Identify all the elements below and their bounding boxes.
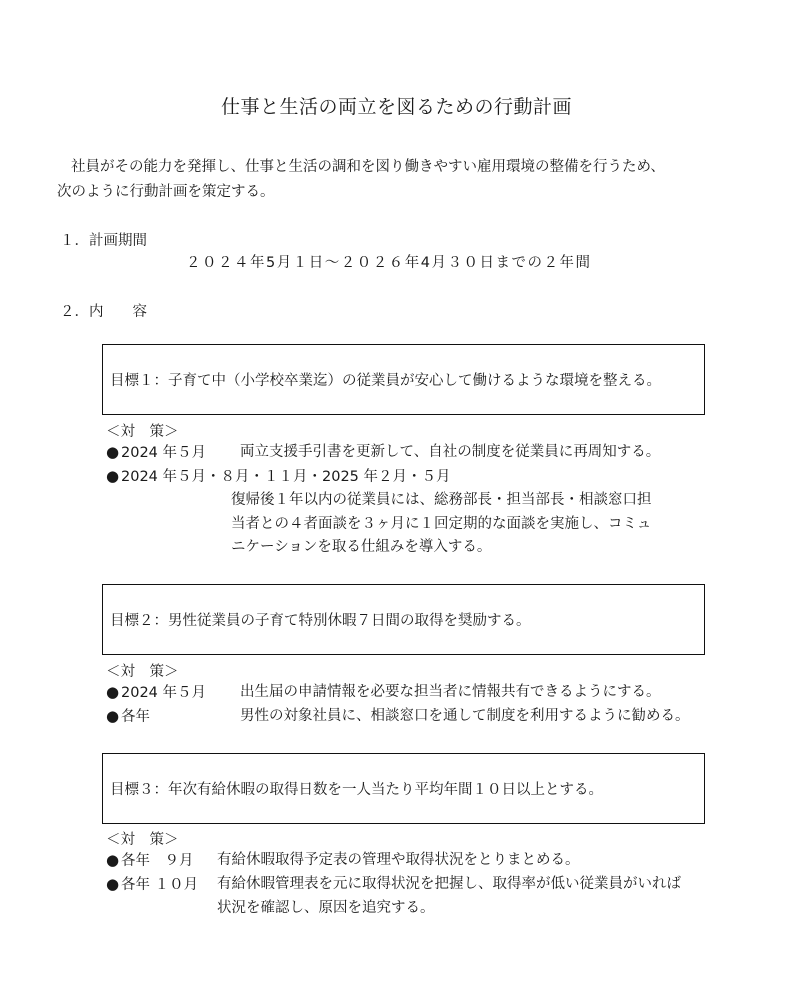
measure-what: 両立支援手引書を更新して、自社の制度を従業員に再周知する。 — [240, 441, 660, 464]
goal-2-box: 目標２：男性従業員の子育て特別休暇７日間の取得を奨励する。 — [102, 584, 705, 655]
goal-3-measure-2-detail: 状況を確認し、原因を追究する。 — [217, 897, 435, 921]
measure-when: 各年 ９月 — [121, 850, 194, 873]
section-1-heading: １．計画期間 — [60, 229, 147, 250]
intro-line-2: 次のように行動計画を策定する。 — [57, 180, 665, 205]
detail-line: 当者との４者面談を３ヶ月に１回定期的な面談を実施し、コミュ — [231, 513, 652, 537]
measure-when: 2024 年５月 — [121, 442, 206, 465]
bullet-icon: ● — [106, 681, 121, 704]
bullet-icon: ● — [106, 705, 121, 728]
goal-1-measures-label: ＜対 策＞ — [106, 420, 179, 441]
detail-line: 復帰後１年以内の従業員には、総務部長・担当部長・相談窓口担 — [231, 489, 652, 513]
measure-when: 2024 年５月 — [121, 682, 206, 705]
goal-2-measures-label: ＜対 策＞ — [106, 660, 179, 681]
measure-what: 有給休暇管理表を元に取得状況を把握し、取得率が低い従業員がいれば — [217, 873, 681, 896]
goal-1-measure-2-detail: 復帰後１年以内の従業員には、総務部長・担当部長・相談窓口担 当者との４者面談を３… — [231, 489, 652, 560]
detail-line: ニケーションを取る仕組みを導入する。 — [231, 536, 652, 560]
measure-what: 出生届の申請情報を必要な担当者に情報共有できるようにする。 — [240, 681, 661, 704]
goal-3-text: 目標３：年次有給休暇の取得日数を一人当たり平均年間１０日以上とする。 — [110, 778, 603, 799]
goal-3-measure-2: ●各年 １０月 有給休暇管理表を元に取得状況を把握し、取得率が低い従業員がいれば — [106, 873, 746, 896]
goal-1-measure-2: ●2024 年５月・８月・１１月・2025 年２月・５月 — [106, 465, 726, 488]
goal-3-measure-1: ●各年 ９月 有給休暇取得予定表の管理や取得状況をとりまとめる。 — [106, 849, 746, 872]
goal-1-box: 目標１：子育て中（小学校卒業迄）の従業員が安心して働けるような環境を整える。 — [102, 344, 705, 415]
bullet-icon: ● — [106, 465, 121, 488]
measure-what: 男性の対象社員に、相談窓口を通して制度を利用するように勧める。 — [240, 705, 690, 728]
detail-line: 状況を確認し、原因を追究する。 — [217, 897, 435, 921]
goal-1-measure-1: ●2024 年５月 両立支援手引書を更新して、自社の制度を従業員に再周知する。 — [106, 441, 726, 464]
goal-2-measure-2: ●各年 男性の対象社員に、相談窓口を通して制度を利用するように勧める。 — [106, 705, 746, 728]
goal-2-measure-1: ●2024 年５月 出生届の申請情報を必要な担当者に情報共有できるようにする。 — [106, 681, 746, 704]
goal-1-text: 目標１：子育て中（小学校卒業迄）の従業員が安心して働けるような環境を整える。 — [110, 369, 661, 390]
document-title: 仕事と生活の両立を図るための行動計画 — [0, 92, 793, 119]
goal-3-measures-label: ＜対 策＞ — [106, 828, 179, 849]
intro-line-1: 社員がその能力を発揮し、仕事と生活の調和を図り働きやすい雇用環境の整備を行うため… — [57, 155, 665, 180]
measure-what: 有給休暇取得予定表の管理や取得状況をとりまとめる。 — [217, 849, 580, 872]
goal-2-text: 目標２：男性従業員の子育て特別休暇７日間の取得を奨励する。 — [110, 609, 531, 630]
bullet-icon: ● — [106, 873, 121, 896]
plan-period: ２０２４年5月１日～２０２６年4月３０日までの２年間 — [186, 251, 591, 272]
section-2-heading: ２．内 容 — [60, 300, 147, 321]
measure-when: 各年 １０月 — [121, 874, 198, 897]
goal-3-box: 目標３：年次有給休暇の取得日数を一人当たり平均年間１０日以上とする。 — [102, 753, 705, 824]
measure-when: 2024 年５月・８月・１１月・2025 年２月・５月 — [121, 466, 451, 489]
bullet-icon: ● — [106, 441, 121, 464]
measure-when: 各年 — [121, 706, 150, 729]
intro-paragraph: 社員がその能力を発揮し、仕事と生活の調和を図り働きやすい雇用環境の整備を行うため… — [57, 155, 665, 205]
bullet-icon: ● — [106, 849, 121, 872]
